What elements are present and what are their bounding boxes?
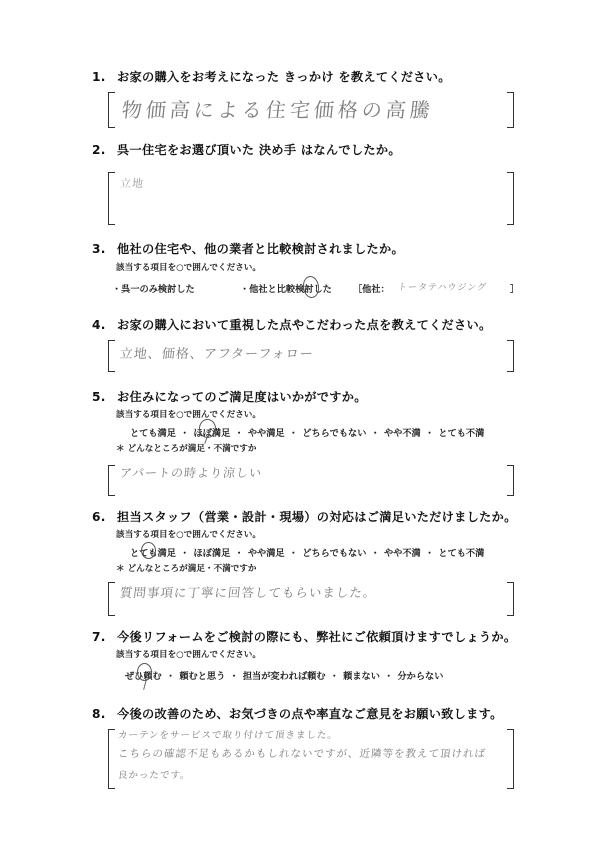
bracket-right	[507, 729, 514, 789]
question-text: お家の購入において重視した点やこだわった点を教えてください。	[117, 318, 492, 332]
staff-satisfaction-scale[interactable]: とても満足 ・ ほぼ満足 ・ やや満足 ・ どちらでもない ・ やや不満 ・ と…	[130, 545, 484, 559]
handwritten-answer: アパートの時より涼しい	[119, 464, 263, 481]
answer-box-2[interactable]: 立地	[108, 172, 514, 225]
reform-request-scale[interactable]: ぜひ頼む ・ 頼むと思う ・ 担当が変われば頼む ・ 頼まない ・ 分からない	[125, 668, 443, 682]
question-7: 7.今後リフォームをご検討の際にも、弊社にご依頼頂けますでしょうか。	[92, 628, 516, 645]
handwritten-answer: 立地	[119, 175, 145, 191]
instruction-text: 該当する項目を○で囲んでください。	[116, 528, 261, 540]
answer-box-4[interactable]: 立地、価格、アフターフォロー	[108, 340, 514, 372]
bracket-left	[108, 729, 115, 789]
answer-box-8[interactable]: カーテンをサービスで取り付けて頂きました。 こちらの確認不足もあるかもしれないで…	[108, 729, 514, 789]
question-6: 6.担当スタッフ（営業・設計・現場）の対応はご満足いただけましたか。	[92, 508, 517, 525]
question-text: 呉一住宅をお選び頂いた 決め手 はなんでしたか。	[117, 143, 401, 157]
question-number: 8.	[92, 707, 117, 721]
question-text: お家の購入をお考えになった きっかけ を教えてください。	[117, 70, 451, 84]
bracket-right	[507, 340, 514, 372]
selection-circle	[302, 275, 321, 299]
bracket-right	[507, 582, 514, 616]
selection-circle	[137, 663, 152, 681]
handwritten-answer: 物価高による住宅価格の高騰	[120, 94, 435, 123]
selection-circle	[141, 542, 156, 559]
handwritten-answer: 立地、価格、アフターフォロー	[119, 343, 315, 362]
question-number: 7.	[92, 630, 117, 644]
bracket-right	[507, 172, 514, 225]
question-5: 5.お住みになってのご満足度はいかがですか。	[92, 388, 367, 405]
bracket-left	[108, 92, 115, 128]
reason-prompt: ＊ どんなところが満足・不満ですか	[116, 442, 257, 454]
question-number: 4.	[92, 318, 117, 332]
handwritten-answer: 質問事項に丁寧に回答してもらいました。	[119, 583, 377, 601]
other-company-handwritten: トータテハウジング	[397, 280, 487, 293]
other-company-label: ［他社：	[353, 281, 390, 295]
satisfaction-scale[interactable]: とても満足 ・ ほぼ満足 ・ やや満足 ・ どちらでもない ・ やや不満 ・ と…	[130, 425, 484, 439]
question-text: 今後の改善のため、お気づきの点や率直なご意見をお願い致します。	[117, 707, 503, 721]
selection-circle	[199, 419, 216, 438]
other-company-close: ］	[510, 281, 519, 295]
answer-box-6[interactable]: 質問事項に丁寧に回答してもらいました。	[108, 582, 514, 616]
instruction-text: 該当する項目を○で囲んでください。	[116, 261, 261, 273]
bracket-left	[108, 582, 115, 616]
question-8: 8.今後の改善のため、お気づきの点や率直なご意見をお願い致します。	[92, 705, 503, 722]
answer-box-5[interactable]: アパートの時より涼しい	[108, 465, 514, 495]
instruction-text: 該当する項目を○で囲んでください。	[116, 408, 261, 420]
reason-prompt: ＊ どんなところが満足・不満ですか	[116, 562, 257, 574]
bracket-left	[108, 340, 115, 372]
question-number: 6.	[92, 510, 117, 524]
question-text: 今後リフォームをご検討の際にも、弊社にご依頼頂けますでしょうか。	[117, 630, 516, 644]
bracket-right	[507, 92, 514, 128]
question-text: お住みになってのご満足度はいかがですか。	[117, 390, 367, 404]
option-only-kureichi[interactable]: ・呉一のみ検討した	[112, 281, 195, 295]
question-number: 1.	[92, 70, 117, 84]
handwritten-answer-line-3: 良かったです。	[117, 767, 191, 781]
answer-box-5-bottom	[108, 495, 514, 497]
answer-box-1[interactable]: 物価高による住宅価格の高騰	[108, 92, 514, 128]
question-number: 5.	[92, 390, 117, 404]
question-text: 他社の住宅や、他の業者と比較検討されましたか。	[117, 242, 404, 256]
question-number: 2.	[92, 143, 117, 157]
question-4: 4.お家の購入において重視した点やこだわった点を教えてください。	[92, 316, 492, 333]
instruction-text: 該当する項目を○で囲んでください。	[116, 648, 261, 660]
bracket-left	[108, 172, 115, 225]
question-number: 3.	[92, 242, 117, 256]
handwritten-answer-line-2: こちらの確認不足もあるかもしれないですが、近隣等を教えて頂ければ	[117, 746, 487, 761]
question-text: 担当スタッフ（営業・設計・現場）の対応はご満足いただけましたか。	[117, 510, 517, 524]
handwritten-answer-line-1: カーテンをサービスで取り付けて頂きました。	[117, 727, 339, 741]
question-3: 3.他社の住宅や、他の業者と比較検討されましたか。	[92, 240, 404, 257]
question-2: 2.呉一住宅をお選び頂いた 決め手 はなんでしたか。	[92, 141, 401, 158]
question-1: 1.お家の購入をお考えになった きっかけ を教えてください。	[92, 68, 451, 85]
